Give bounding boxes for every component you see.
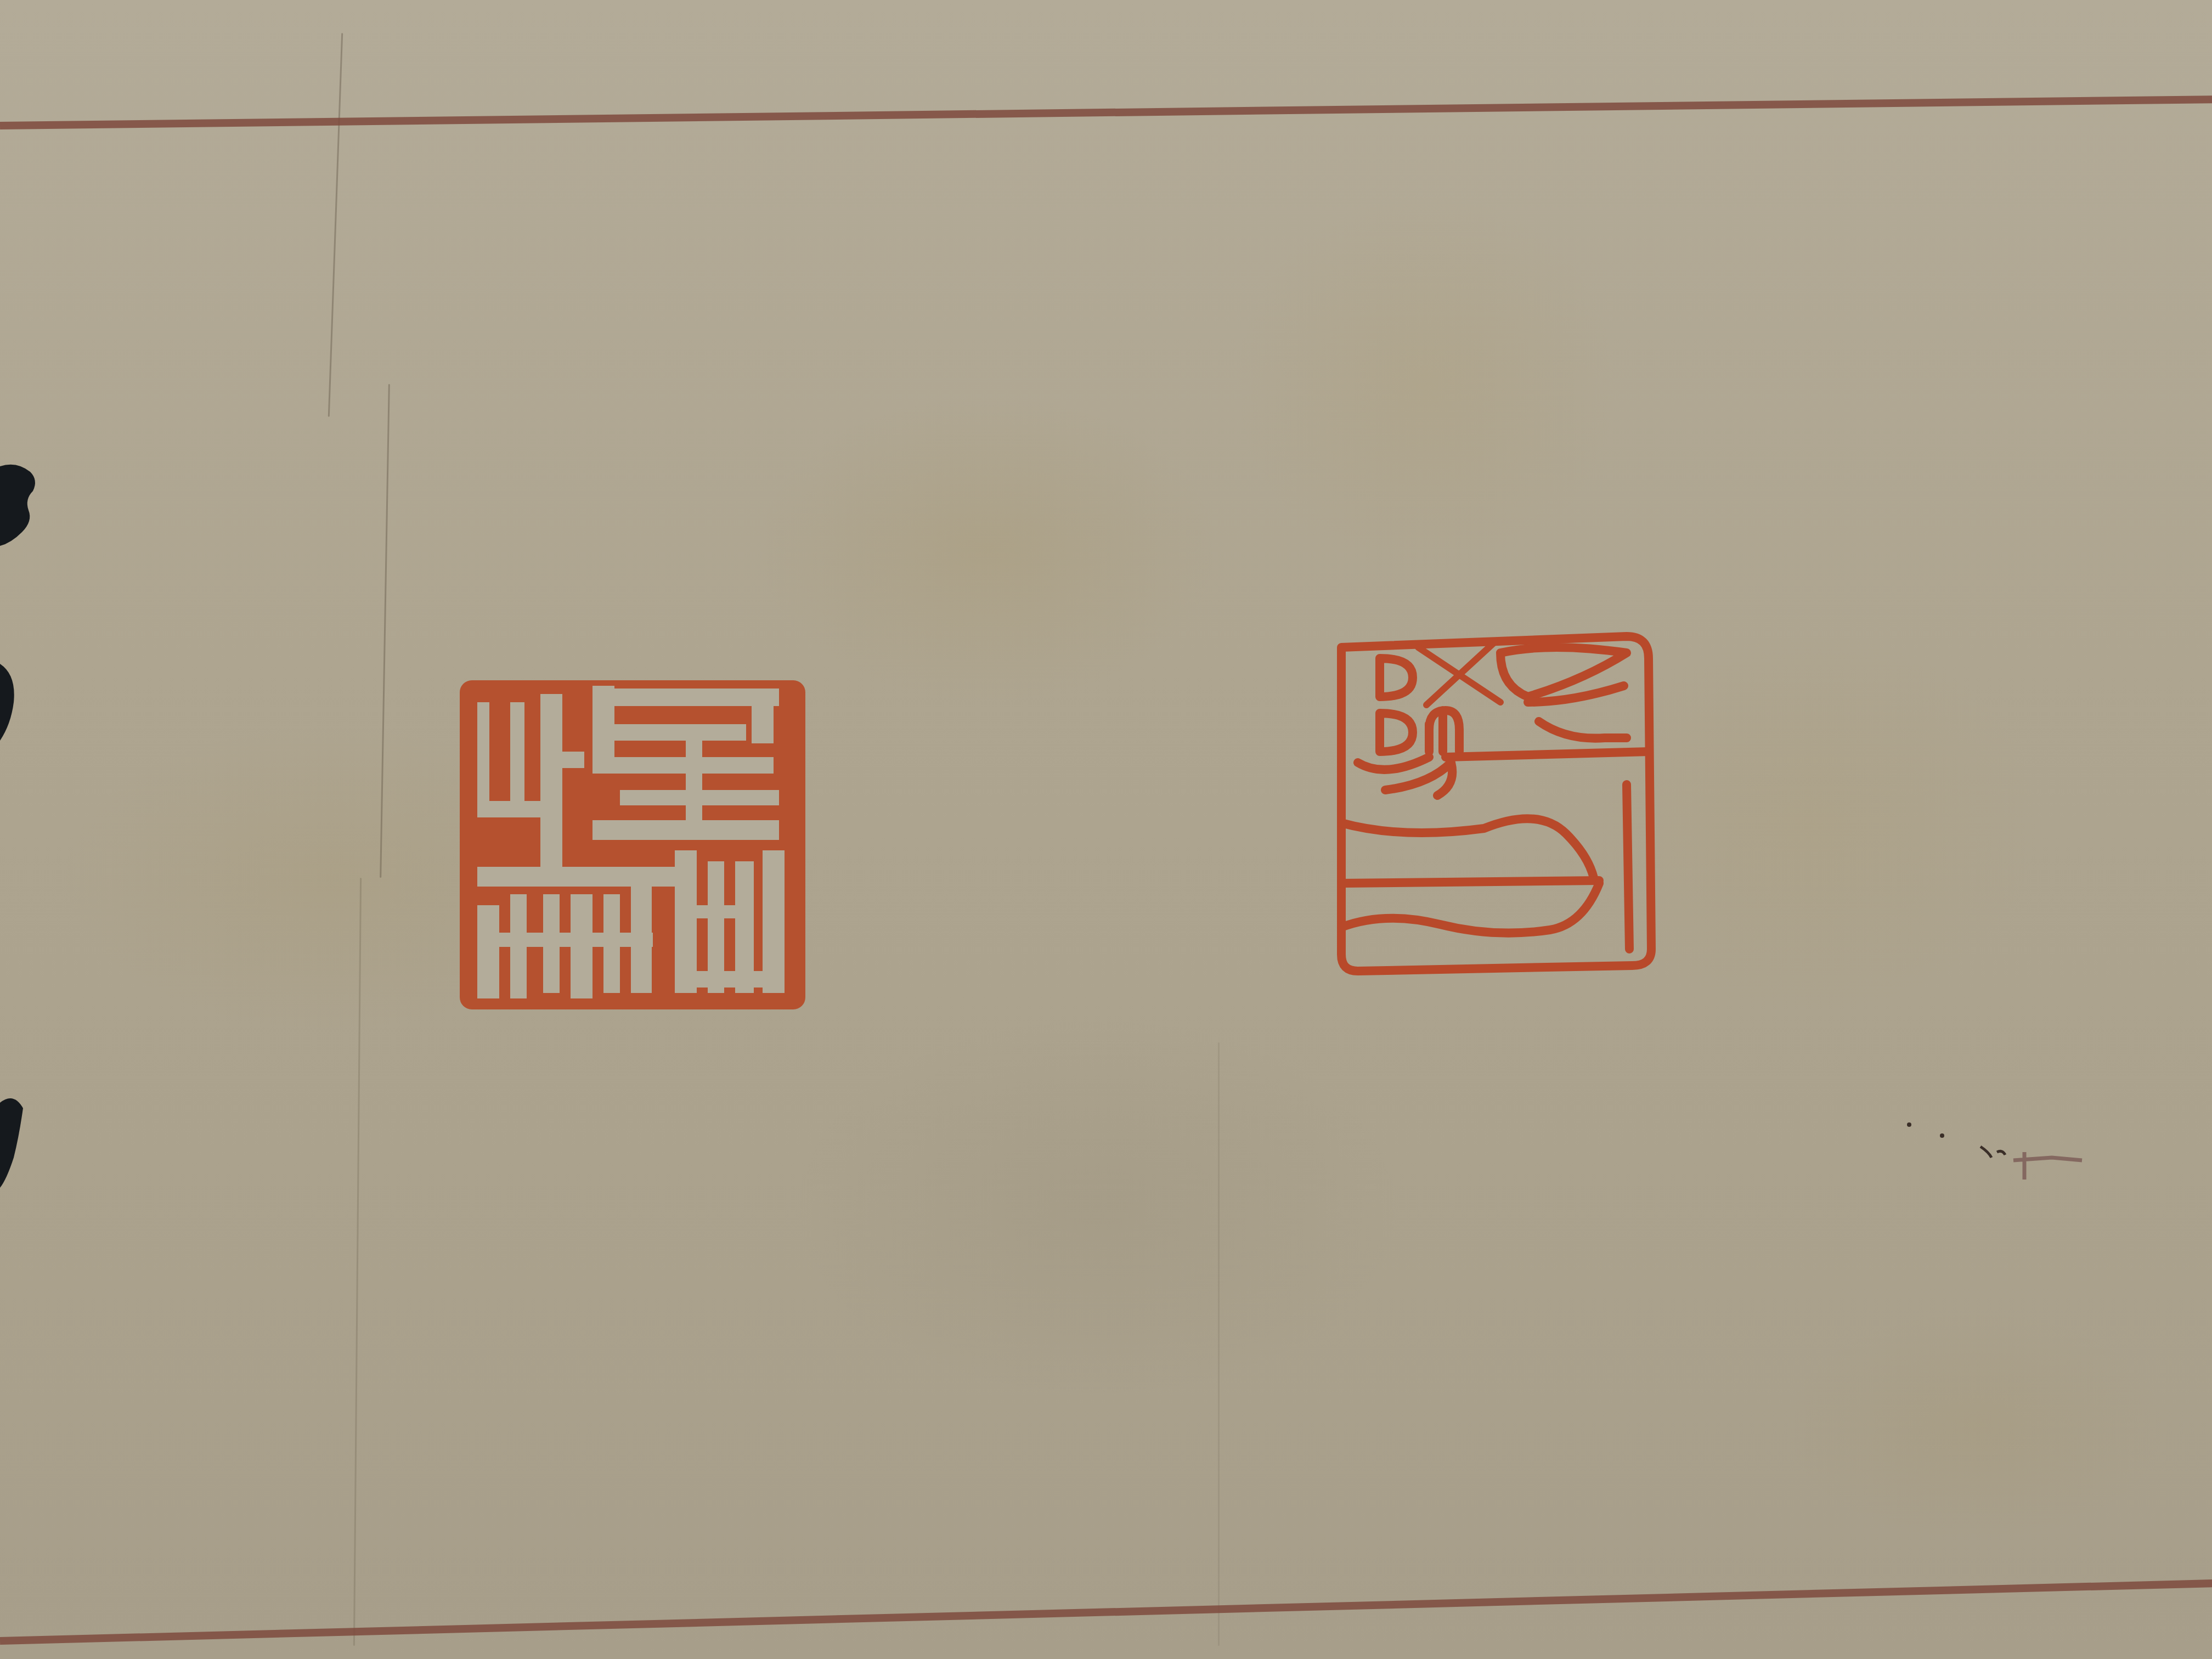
left-character-seal [455,664,817,1015]
calligraphy-stroke-lower [0,1092,25,1190]
calligraphy-stroke-middle [0,664,22,741]
ink-mark [1898,1119,2096,1185]
right-monogram-seal [1319,620,1681,982]
paper-crease [1218,1042,1220,1646]
scroll-paper [0,0,2212,1659]
calligraphy-stroke-upper [0,461,44,549]
